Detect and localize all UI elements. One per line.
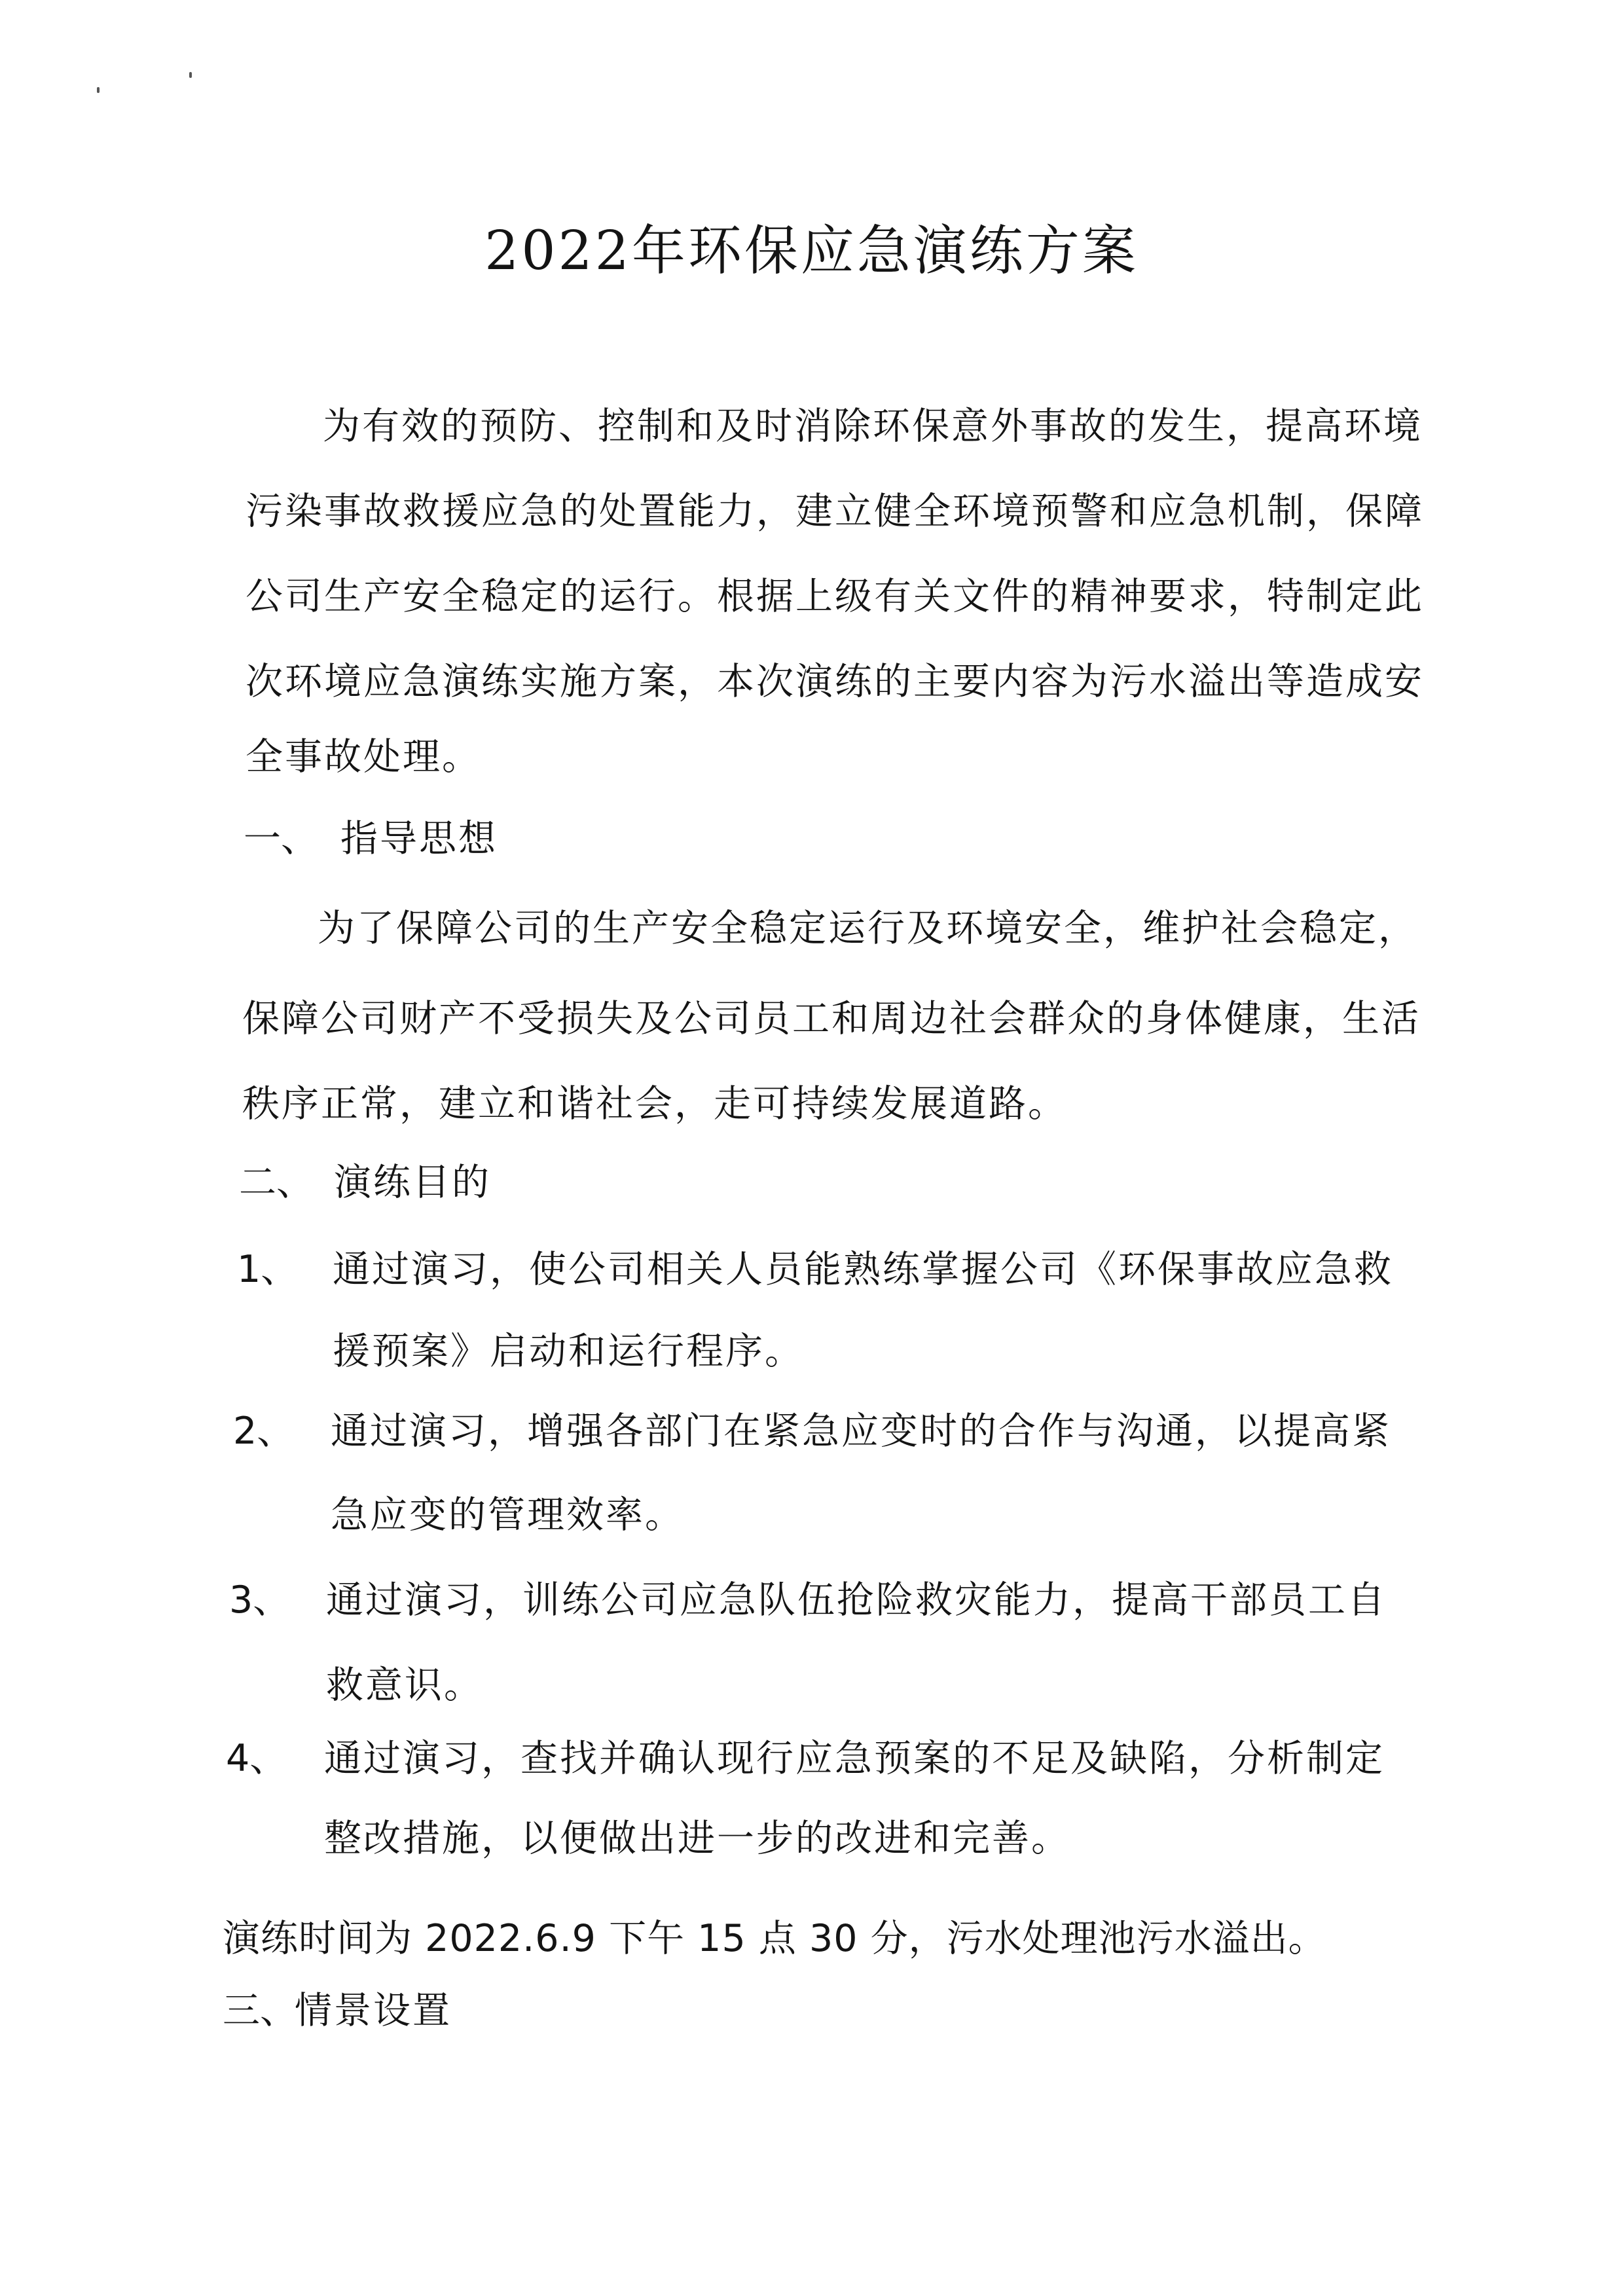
document-title: 2022年环保应急演练方案 (0, 208, 1623, 285)
item-line: 通过演习，使公司相关人员能熟练掌握公司《环保事故应急救 (333, 1239, 1367, 1293)
item-number: 3、 (229, 1570, 290, 1624)
item-line: 救意识。 (326, 1655, 483, 1709)
paragraph-line: 秩序正常，建立和谐社会，走可持续发展道路。 (242, 1074, 1067, 1127)
section-heading: 演练目的 (334, 1152, 491, 1206)
item-line: 通过演习，查找并确认现行应急预案的不足及缺陷，分析制定 (324, 1728, 1362, 1782)
section-heading: 情景设置 (295, 1980, 452, 2034)
intro-line: 污染事故救援应急的处置能力，建立健全环境预警和应急机制，保障 (246, 481, 1385, 535)
intro-line: 全事故处理。 (246, 727, 481, 780)
section-number: 三、 (223, 1980, 297, 2034)
intro-line: 为有效的预防、控制和及时消除环保意外事故的发生，提高环境 (323, 396, 1383, 450)
section-number: 二、 (239, 1152, 314, 1206)
item-line: 通过演习，增强各部门在紧急应变时的合作与沟通，以提高紧 (331, 1401, 1365, 1455)
item-number: 2、 (233, 1401, 294, 1455)
scan-speck (189, 72, 192, 78)
intro-line: 公司生产安全稳定的运行。根据上级有关文件的精神要求，特制定此 (246, 566, 1385, 620)
item-number: 4、 (226, 1728, 287, 1782)
intro-line: 次环境应急演练实施方案，本次演练的主要内容为污水溢出等造成安 (246, 651, 1385, 705)
item-number: 1、 (237, 1239, 298, 1293)
item-line: 整改措施，以便做出进一步的改进和完善。 (324, 1808, 1070, 1862)
scan-speck (97, 87, 100, 93)
item-line: 急应变的管理效率。 (331, 1485, 684, 1539)
section-heading: 指导思想 (340, 809, 498, 862)
item-line: 援预案》启动和运行程序。 (333, 1321, 804, 1375)
section-number: 一、 (244, 809, 318, 862)
paragraph-line: 为了保障公司的生产安全稳定运行及环境安全，维护社会稳定， (318, 898, 1378, 952)
paragraph-line: 保障公司财产不受损失及公司员工和周边社会群众的身体健康，生活 (242, 989, 1375, 1042)
item-line: 通过演习，训练公司应急队伍抢险救灾能力，提高干部员工自 (326, 1570, 1360, 1624)
drill-time-text: 演练时间为 2022.6.9 下午 15 点 30 分，污水处理池污水溢出。 (223, 1908, 1326, 1962)
